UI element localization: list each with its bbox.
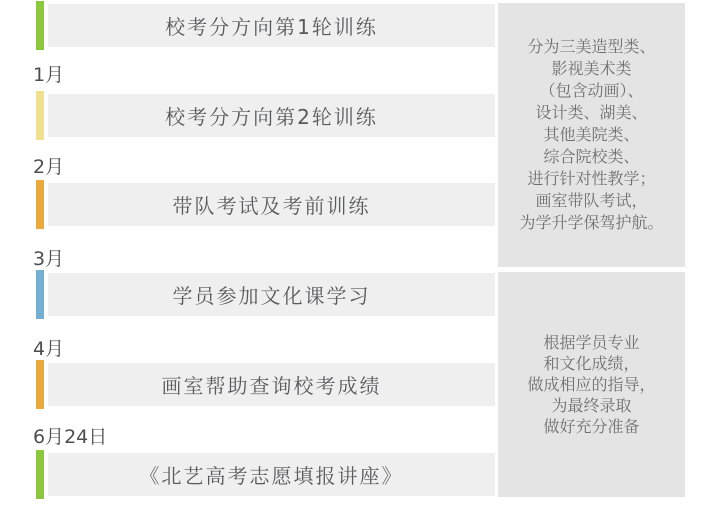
timeline-infographic: 校考分方向第1轮训练 1月 校考分方向第2轮训练 2月 带队考试及考前训练 3月…	[0, 0, 722, 508]
timeline-event-round1-training: 校考分方向第1轮训练	[36, 4, 495, 47]
month-label-february: 2月	[33, 155, 64, 179]
event-accent-bar	[36, 91, 44, 140]
event-title: 带队考试及考前训练	[173, 190, 371, 219]
note-text-admission-guidance: 根据学员专业 和文化成绩， 做成相应的指导， 为最终录取 做好充分准备	[527, 332, 655, 437]
event-title: 校考分方向第2轮训练	[165, 101, 378, 130]
event-title: 画室帮助查询校考成绩	[162, 370, 382, 399]
event-accent-bar	[36, 1, 44, 50]
event-box: 学员参加文化课学习	[48, 273, 495, 316]
month-label-march: 3月	[33, 247, 64, 271]
event-accent-bar	[36, 360, 44, 409]
month-label-january: 1月	[33, 63, 64, 87]
timeline-event-application-lecture: 《北艺高考志愿填报讲座》	[36, 453, 495, 496]
timeline-event-exam-escort-training: 带队考试及考前训练	[36, 183, 495, 226]
event-box: 校考分方向第1轮训练	[48, 4, 495, 47]
event-box: 《北艺高考志愿填报讲座》	[48, 453, 495, 496]
month-label-april: 4月	[33, 337, 64, 361]
event-title: 学员参加文化课学习	[173, 280, 371, 309]
event-accent-bar	[36, 450, 44, 499]
timeline-event-culture-class: 学员参加文化课学习	[36, 273, 495, 316]
event-accent-bar	[36, 270, 44, 319]
event-accent-bar	[36, 180, 44, 229]
event-title: 《北艺高考志愿填报讲座》	[140, 460, 404, 489]
event-box: 画室帮助查询校考成绩	[48, 363, 495, 406]
event-title: 校考分方向第1轮训练	[165, 11, 378, 40]
event-box: 带队考试及考前训练	[48, 183, 495, 226]
note-box-exam-categories: 分为三美造型类、 影视美术类 （包含动画）、 设计类、湖美、 其他美院类、 综合…	[498, 3, 685, 267]
event-box: 校考分方向第2轮训练	[48, 94, 495, 137]
timeline-event-round2-training: 校考分方向第2轮训练	[36, 94, 495, 137]
note-text-exam-categories: 分为三美造型类、 影视美术类 （包含动画）、 设计类、湖美、 其他美院类、 综合…	[519, 36, 663, 234]
month-label-june-24: 6月24日	[33, 425, 107, 449]
timeline-event-score-inquiry: 画室帮助查询校考成绩	[36, 363, 495, 406]
note-box-admission-guidance: 根据学员专业 和文化成绩， 做成相应的指导， 为最终录取 做好充分准备	[498, 272, 685, 497]
